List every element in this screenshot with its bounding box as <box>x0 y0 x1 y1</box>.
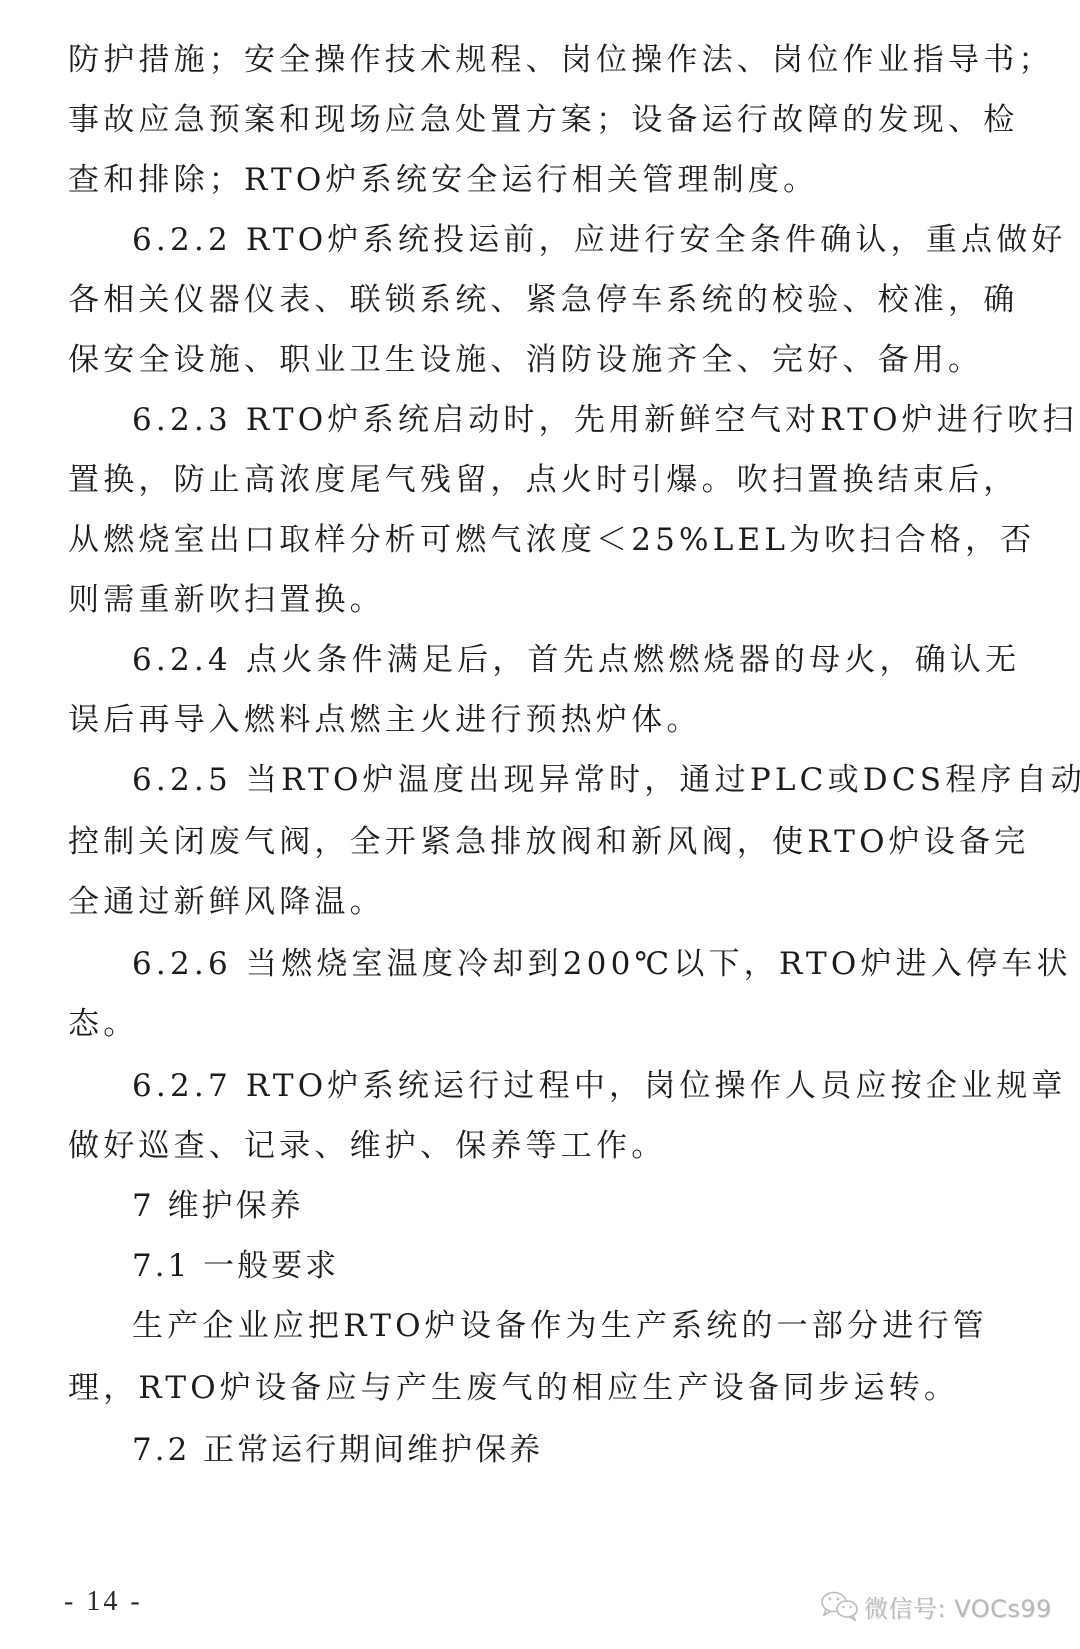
text-line: 态。 <box>68 1004 1028 1044</box>
clause-6-2-2: 6.2.2 RTO炉系统投运前，应进行安全条件确认，重点做好 <box>132 220 1028 260</box>
text-line: 做好巡查、记录、维护、保养等工作。 <box>68 1126 1028 1166</box>
section-heading-7: 7 维护保养 <box>132 1186 1028 1226</box>
text-line: 控制关闭废气阀，全开紧急排放阀和新风阀，使RTO炉设备完 <box>68 822 1028 862</box>
wechat-icon <box>820 1590 860 1622</box>
section-heading-7-1: 7.1 一般要求 <box>132 1246 1028 1286</box>
text-line: 误后再导入燃料点燃主火进行预热炉体。 <box>68 700 1028 740</box>
clause-6-2-7: 6.2.7 RTO炉系统运行过程中，岗位操作人员应按企业规章 <box>132 1066 1028 1106</box>
section-heading-7-2: 7.2 正常运行期间维护保养 <box>132 1430 1028 1470</box>
document-page: 防护措施；安全操作技术规程、岗位操作法、岗位作业指导书； 事故应急预案和现场应急… <box>0 0 1080 1649</box>
text-line: 事故应急预案和现场应急处置方案；设备运行故障的发现、检 <box>68 100 1028 140</box>
text-line: 理，RTO炉设备应与产生废气的相应生产设备同步运转。 <box>68 1368 1028 1408</box>
text-line: 查和排除；RTO炉系统安全运行相关管理制度。 <box>68 160 1028 200</box>
text-line: 则需重新吹扫置换。 <box>68 580 1028 620</box>
text-line: 保安全设施、职业卫生设施、消防设施齐全、完好、备用。 <box>68 340 1028 380</box>
text-line: 从燃烧室出口取样分析可燃气浓度＜25%LEL为吹扫合格，否 <box>68 520 1028 560</box>
text-line: 各相关仪器仪表、联锁系统、紧急停车系统的校验、校准，确 <box>68 280 1028 320</box>
text-line: 全通过新鲜风降温。 <box>68 882 1028 922</box>
text-line: 置换，防止高浓度尾气残留，点火时引爆。吹扫置换结束后， <box>68 460 1028 500</box>
text-line: 生产企业应把RTO炉设备作为生产系统的一部分进行管 <box>132 1306 1028 1346</box>
text-line: 防护措施；安全操作技术规程、岗位操作法、岗位作业指导书； <box>68 40 1028 80</box>
wechat-watermark: 微信号: VOCs99 <box>820 1588 1052 1624</box>
clause-6-2-3: 6.2.3 RTO炉系统启动时，先用新鲜空气对RTO炉进行吹扫 <box>132 400 1028 440</box>
watermark-text: 微信号: VOCs99 <box>864 1589 1052 1624</box>
clause-6-2-4: 6.2.4 点火条件满足后，首先点燃燃烧器的母火，确认无 <box>132 640 1028 680</box>
page-number: - 14 - <box>64 1584 143 1620</box>
clause-6-2-6: 6.2.6 当燃烧室温度冷却到200℃以下，RTO炉进入停车状 <box>132 944 1028 984</box>
clause-6-2-5: 6.2.5 当RTO炉温度出现异常时，通过PLC或DCS程序自动 <box>132 760 1028 800</box>
